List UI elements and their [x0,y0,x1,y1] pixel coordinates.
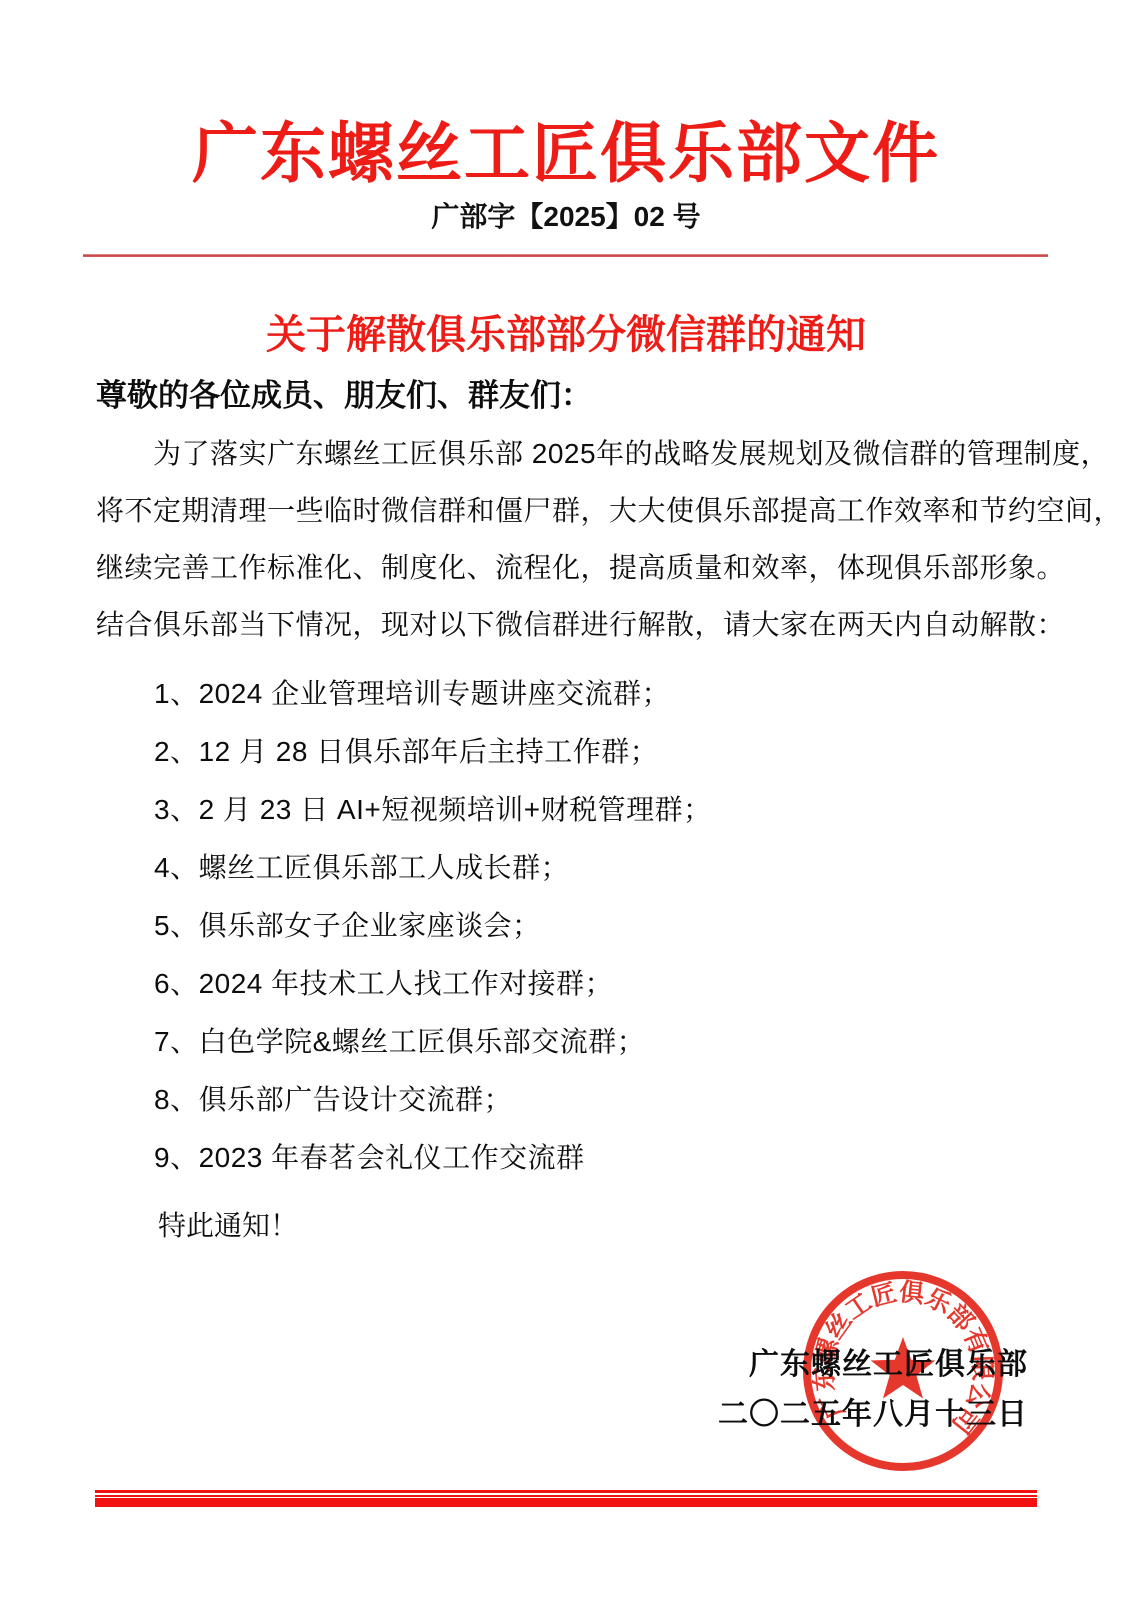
signature-name: 广东螺丝工匠俱乐部 [718,1340,1028,1390]
list-item: 4、螺丝工匠俱乐部工人成长群； [96,839,1036,897]
list-item: 7、白色学院&螺丝工匠俱乐部交流群； [96,1013,1036,1071]
body-line: 结合俱乐部当下情况，现对以下微信群进行解散，请大家在两天内自动解散： [96,596,1036,653]
official-document-page: 广东螺丝工匠俱乐部文件 广部字【2025】02 号 关于解散俱乐部部分微信群的通… [0,0,1131,1600]
body-line: 继续完善工作标准化、制度化、流程化，提高质量和效率，体现俱乐部形象。 [96,539,1036,596]
signature-date: 二〇二五年八月十三日 [718,1390,1028,1440]
body-line: 为了落实广东螺丝工匠俱乐部 2025年的战略发展规划及微信群的管理制度， [96,425,1036,482]
closing-statement: 特此通知！ [96,1197,1036,1255]
list-item: 9、2023 年春茗会礼仪工作交流群 [96,1129,1036,1187]
document-number: 广部字【2025】02 号 [96,202,1036,232]
body-paragraph: 为了落实广东螺丝工匠俱乐部 2025年的战略发展规划及微信群的管理制度， 将不定… [96,425,1036,653]
salutation: 尊敬的各位成员、朋友们、群友们： [96,379,1036,413]
signature-block: 广东螺丝工匠俱乐部 二〇二五年八月十三日 [718,1340,1028,1440]
list-item: 1、2024 企业管理培训专题讲座交流群； [96,665,1036,723]
list-item: 2、12 月 28 日俱乐部年后主持工作群； [96,723,1036,781]
list-item: 6、2024 年技术工人找工作对接群； [96,955,1036,1013]
header-separator-line [83,254,1048,257]
document-content: 广东螺丝工匠俱乐部文件 广部字【2025】02 号 关于解散俱乐部部分微信群的通… [0,0,1131,1255]
group-list: 1、2024 企业管理培训专题讲座交流群； 2、12 月 28 日俱乐部年后主持… [96,665,1036,1187]
list-item: 5、俱乐部女子企业家座谈会； [96,897,1036,955]
list-item: 8、俱乐部广告设计交流群； [96,1071,1036,1129]
notice-title: 关于解散俱乐部部分微信群的通知 [96,313,1036,357]
footer-separator-lines [95,1490,1037,1507]
document-title: 广东螺丝工匠俱乐部文件 [96,0,1036,186]
footer-line-thick [95,1498,1037,1507]
list-item: 3、2 月 23 日 AI+短视频培训+财税管理群； [96,781,1036,839]
body-line: 将不定期清理一些临时微信群和僵尸群，大大使俱乐部提高工作效率和节约空间， [96,482,1036,539]
